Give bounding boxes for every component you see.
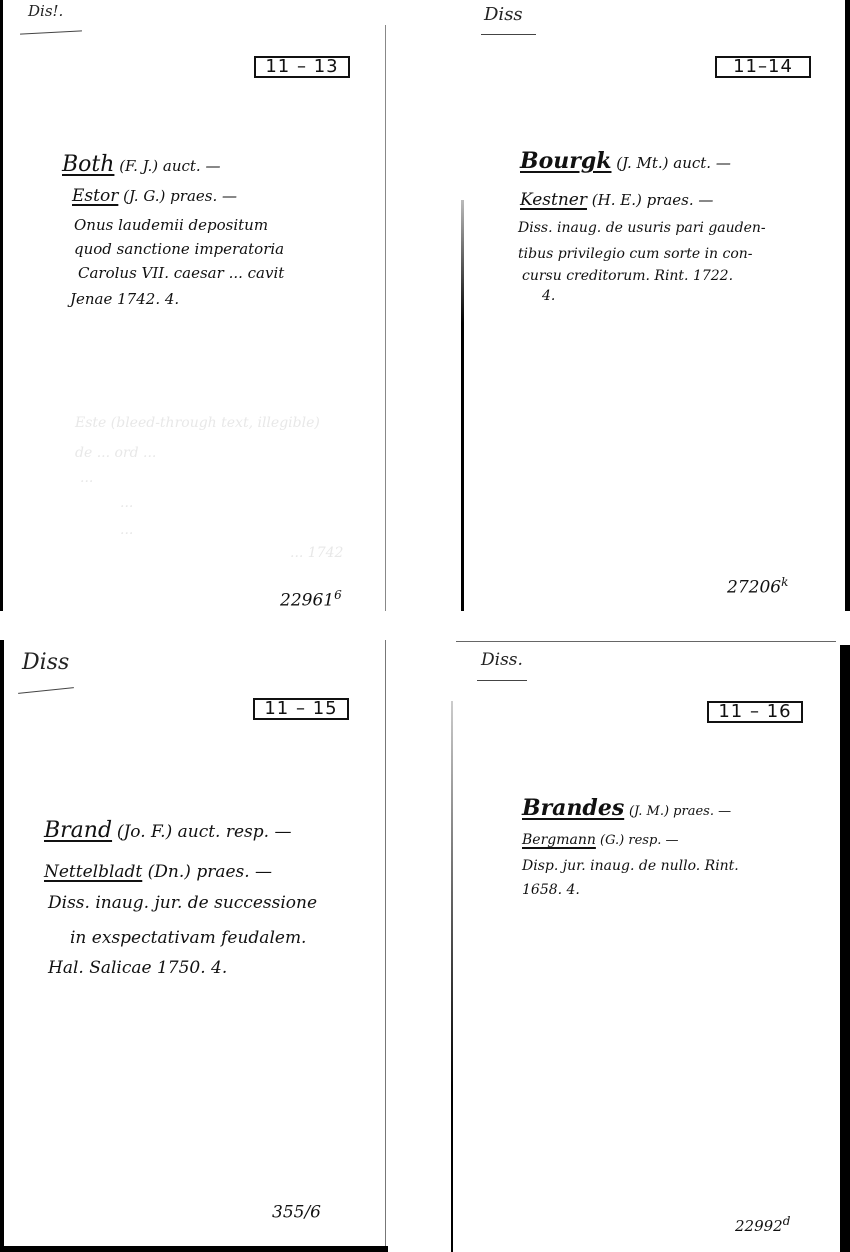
shelf-number: 22992: [735, 1217, 783, 1235]
section-underline: [20, 30, 82, 34]
praeses-name: Nettelbladt: [44, 862, 142, 882]
respondent-name: Bergmann: [522, 832, 596, 848]
title-line: Diss. inaug. jur. de successione: [48, 893, 317, 913]
section-label: Diss: [484, 4, 523, 25]
card-right-edge: [385, 640, 386, 1246]
praeses-line: Estor (J. G.) praes. —: [72, 186, 237, 206]
author-role: (Jo. F.) auct. resp. —: [117, 822, 292, 842]
catalog-card-11-14: [461, 0, 850, 611]
bleed-through-text: ...: [120, 522, 133, 538]
card-left-edge: [451, 701, 453, 1252]
catalog-card-11-13: Dis!. 11 – 13 Both (F. J.) auct. — Estor…: [0, 0, 387, 611]
shelf-mark: 229616: [280, 588, 342, 611]
shelf-number: 27206: [727, 578, 781, 598]
bleed-through-text: ...: [80, 470, 93, 486]
praeses-role: (J. G.) praes. —: [123, 187, 237, 205]
catalog-card-sheet: Dis!. 11 – 13 Both (F. J.) auct. — Estor…: [0, 0, 850, 1252]
shelf-mark: 27206k: [727, 575, 788, 598]
call-number-box: 11 – 13: [254, 56, 350, 78]
praeses-line: Kestner (H. E.) praes. —: [520, 190, 713, 210]
call-number-box: 11–14: [715, 56, 811, 78]
shelf-suffix: k: [781, 575, 788, 589]
author-name: Both: [62, 152, 114, 177]
praeses-role: (Dn.) praes. —: [148, 862, 272, 882]
praeses-line: Nettelbladt (Dn.) praes. —: [44, 862, 272, 882]
praeses-name: Kestner: [520, 190, 587, 210]
shelf-number: 355/6: [272, 1203, 321, 1223]
card-right-edge: [845, 0, 850, 611]
call-number-box: 11 – 15: [253, 698, 349, 720]
imprint-line: Hal. Salicae 1750. 4.: [48, 958, 227, 978]
call-number-box: 11 – 16: [707, 701, 803, 723]
author-line: Brandes (J. M.) praes. —: [522, 795, 731, 821]
bleed-through-text: ...: [120, 495, 133, 511]
section-underline: [481, 34, 536, 35]
card-left-edge: [461, 200, 464, 611]
catalog-card-11-16: [451, 641, 850, 1252]
respondent-role: (G.) resp. —: [600, 833, 679, 848]
section-label: Diss: [22, 650, 69, 675]
author-name: Brand: [44, 818, 112, 843]
title-line: Carolus VII. caesar ... cavit: [78, 264, 284, 282]
bleed-through-text: ... 1742: [290, 545, 343, 561]
shelf-suffix: 6: [334, 588, 342, 602]
imprint-line: 4.: [542, 288, 555, 304]
card-left-edge: [0, 0, 3, 611]
section-label: Diss.: [481, 650, 523, 670]
bleed-through-text: de ... ord ...: [75, 445, 156, 461]
author-line: Brand (Jo. F.) auct. resp. —: [44, 818, 291, 843]
title-line: Disp. jur. inaug. de nullo. Rint.: [522, 858, 739, 874]
card-right-edge: [385, 25, 386, 611]
title-line: cursu creditorum. Rint. 1722.: [522, 268, 733, 284]
section-label: Dis!.: [28, 2, 63, 20]
title-line: tibus privilegio cum sorte in con-: [518, 246, 753, 262]
bleed-through-text: Este (bleed-through text, illegible): [75, 415, 320, 431]
card-right-edge: [840, 645, 850, 1252]
card-top-edge: [456, 641, 836, 642]
shelf-number: 22961: [280, 591, 334, 611]
shelf-mark: 355/6: [272, 1200, 321, 1223]
author-role: (J. Mt.) auct. —: [616, 154, 731, 172]
author-line: Both (F. J.) auct. —: [62, 152, 220, 177]
card-left-edge: [0, 640, 4, 1246]
author-name: Brandes: [522, 795, 624, 821]
respondent-line: Bergmann (G.) resp. —: [522, 832, 679, 848]
author-line: Bourgk (J. Mt.) auct. —: [520, 148, 731, 174]
author-role: (J. M.) praes. —: [629, 804, 731, 819]
title-line: quod sanctione imperatoria: [74, 240, 284, 258]
shelf-suffix: d: [783, 1214, 791, 1228]
title-line: Onus laudemii depositum: [74, 216, 268, 234]
title-line: Diss. inaug. de usuris pari gauden-: [518, 220, 766, 236]
scan-bottom-strip: [0, 1246, 388, 1252]
author-role: (F. J.) auct. —: [119, 157, 220, 175]
title-line: in exspectativam feudalem.: [70, 928, 306, 948]
imprint-line: Jenae 1742. 4.: [70, 290, 179, 308]
imprint-line: 1658. 4.: [522, 882, 580, 898]
shelf-mark: 22992d: [735, 1214, 790, 1235]
praeses-role: (H. E.) praes. —: [592, 191, 714, 209]
section-underline: [477, 680, 527, 681]
praeses-name: Estor: [72, 186, 118, 206]
author-name: Bourgk: [520, 148, 611, 174]
